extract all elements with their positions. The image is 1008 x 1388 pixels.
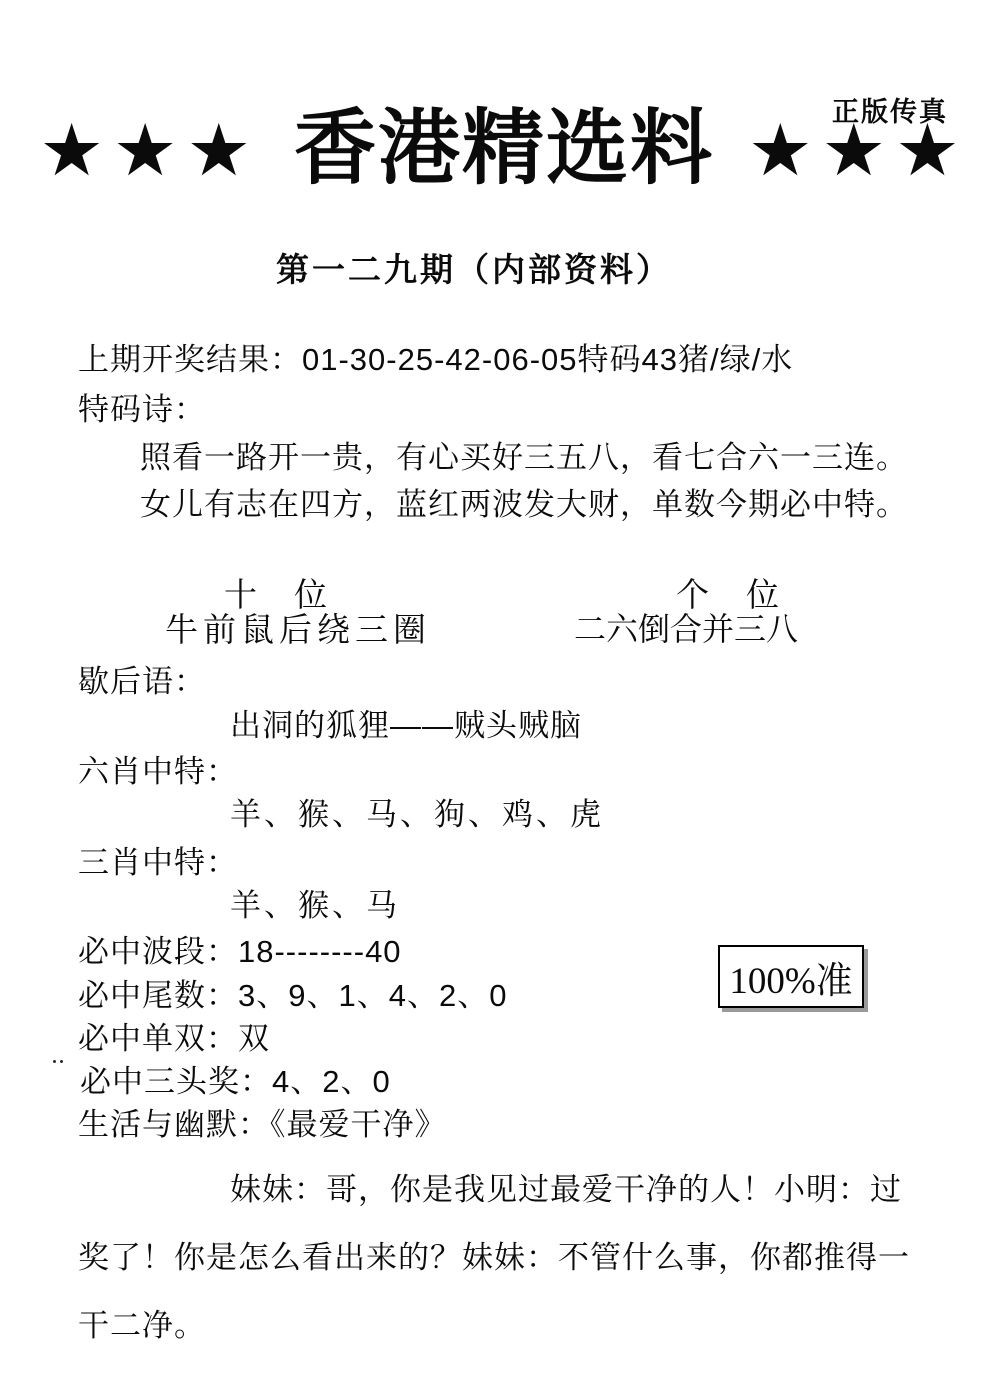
humor-story-line-1: 妹妹：哥，你是我见过最爱干净的人！小明：过 xyxy=(230,1172,902,1208)
six-zodiac-values: 羊、猴、马、狗、鸡、虎 xyxy=(230,797,604,833)
poem-line-1: 照看一路开一贵，有心买好三五八，看七合六一三连。 xyxy=(140,440,908,476)
humor-title-line: 生活与幽默：《最爱干净》 xyxy=(78,1107,447,1143)
issue-subtitle: 第一二九期（内部资料） xyxy=(276,251,672,288)
scan-artifact-dots xyxy=(53,1060,67,1064)
humor-story-line-3: 干二净。 xyxy=(78,1308,206,1344)
stars-right-icon: ★★★ xyxy=(748,111,969,187)
tens-position-text: 牛前鼠后绕三圈 xyxy=(165,611,431,649)
stars-left-icon: ★★★ xyxy=(39,111,260,187)
wave-range-line: 必中波段：18--------40 xyxy=(78,934,402,970)
head-numbers-line: 必中三头奖：4、2、0 xyxy=(80,1064,391,1100)
xiehouyu-text: 出洞的狐狸——贼头贼脑 xyxy=(230,708,582,744)
ones-position-text: 二六倒合并三八 xyxy=(574,611,798,648)
tens-position-title: 十 位 xyxy=(224,569,329,616)
tail-numbers-line: 必中尾数：3、9、1、4、2、0 xyxy=(78,978,507,1014)
last-draw-result-line: 上期开奖结果：01-30-25-42-06-05特码43猪/绿/水 xyxy=(78,342,793,378)
humor-story-line-2: 奖了！你是怎么看出来的？妹妹：不管什么事，你都推得一 xyxy=(78,1240,910,1276)
ones-position-title: 个 位 xyxy=(676,569,781,616)
title-row: ★★★ 香港精选料 ★★★ xyxy=(0,102,1008,196)
accuracy-badge: 100%准 xyxy=(718,945,864,1008)
xiehouyu-label: 歇后语： xyxy=(78,664,206,700)
three-zodiac-values: 羊、猴、马 xyxy=(230,888,400,924)
poem-label: 特码诗： xyxy=(78,392,206,428)
odd-even-line: 必中单双：双 xyxy=(78,1021,270,1057)
three-zodiac-label: 三肖中特： xyxy=(78,845,238,881)
fax-document-page: 正版传真 ★★★ 香港精选料 ★★★ 第一二九期（内部资料） 上期开奖结果：01… xyxy=(0,0,1008,1388)
subtitle-row: 第一二九期（内部资料） xyxy=(0,244,1008,291)
page-title: 香港精选料 xyxy=(294,102,714,196)
poem-line-2: 女儿有志在四方，蓝红两波发大财，单数今期必中特。 xyxy=(140,487,908,523)
six-zodiac-label: 六肖中特： xyxy=(78,754,238,790)
